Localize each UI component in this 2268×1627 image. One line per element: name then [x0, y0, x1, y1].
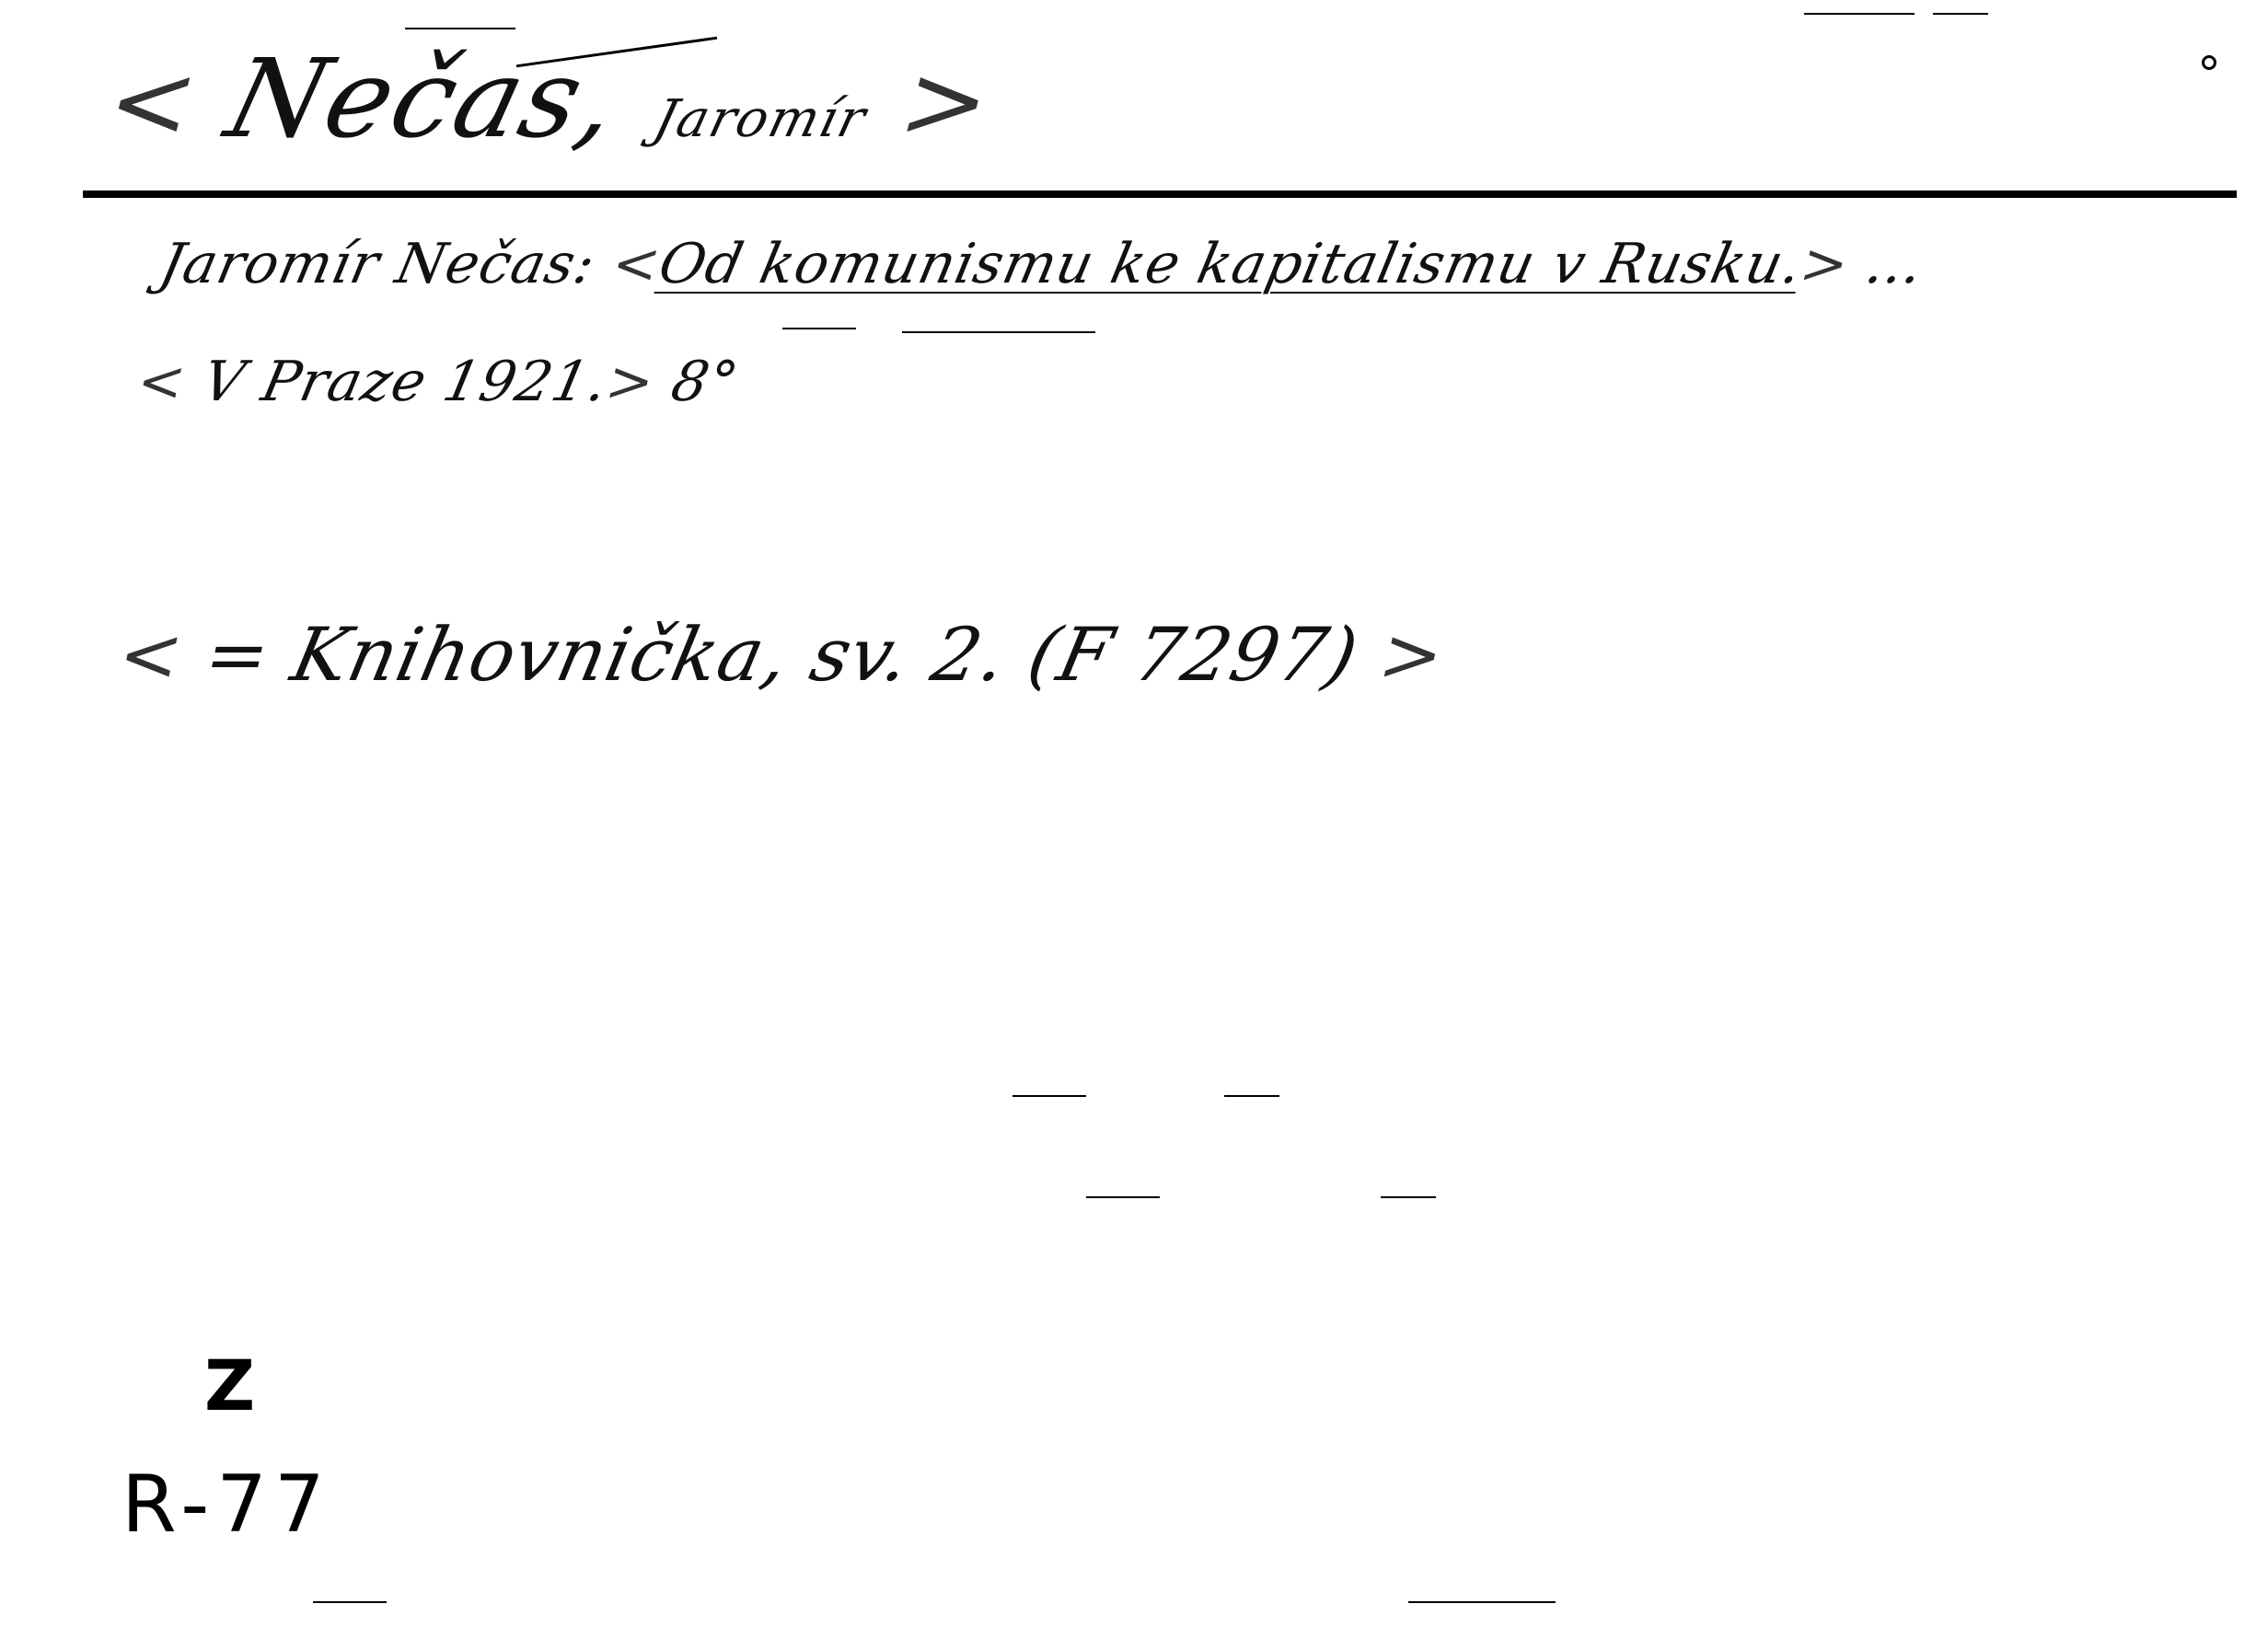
- title-ellipsis: ...: [1860, 232, 1929, 296]
- heading-open-marker: <: [95, 42, 211, 160]
- series-close-marker: >: [1372, 612, 1453, 698]
- title-author: Jaromír Nečas:: [155, 232, 602, 296]
- scan-artifact: [902, 331, 1095, 333]
- scan-artifact: [1224, 1095, 1279, 1097]
- title-statement: Jaromír Nečas: <Od komunismu ke kapitali…: [155, 232, 1930, 296]
- imprint-text: V Praze 1921.: [197, 350, 614, 414]
- series-open-marker: <: [110, 612, 191, 698]
- heading-forename: Jaromír: [648, 89, 873, 149]
- series-text: = Knihovnička, sv. 2. (F 7297): [198, 612, 1366, 698]
- scan-artifact: [1933, 13, 1988, 15]
- scan-artifact: [1408, 1601, 1556, 1603]
- scan-artifact: [2202, 55, 2216, 70]
- heading-surname: Nečas,: [215, 35, 633, 162]
- heading-close-marker: >: [889, 42, 1005, 160]
- scan-artifact: [313, 1601, 387, 1603]
- scan-artifact: [1012, 1095, 1086, 1097]
- imprint-open-marker: <: [132, 350, 192, 414]
- scan-artifact: [1086, 1196, 1160, 1198]
- imprint-format: 8°: [665, 350, 744, 414]
- title-text: Od komunismu ke kapitalismu v Rusku.: [654, 232, 1809, 296]
- call-number-line1: Z: [204, 1351, 255, 1421]
- imprint: < V Praze 1921.> 8°: [132, 350, 745, 414]
- call-number-line2: R-77: [121, 1465, 332, 1544]
- catalog-card: < Nečas, Jaromír > Jaromír Nečas: <Od ko…: [0, 0, 2268, 1627]
- heading-rule: [83, 190, 2237, 198]
- scan-artifact: [1804, 13, 1915, 15]
- scan-artifact: [405, 28, 515, 29]
- scan-artifact: [1381, 1196, 1436, 1198]
- scan-artifact: [782, 328, 856, 329]
- series-statement: < = Knihovnička, sv. 2. (F 7297) >: [110, 612, 1452, 698]
